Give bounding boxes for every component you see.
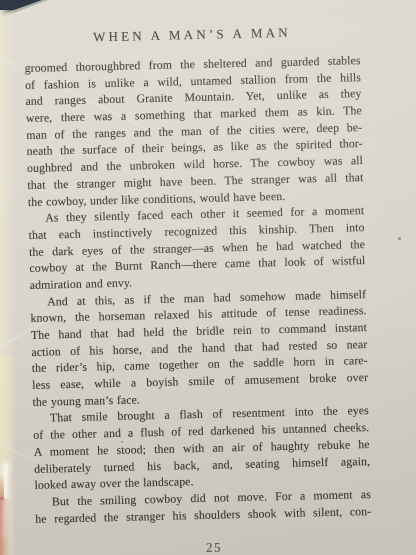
running-header: WHEN A MAN’S A MAN xyxy=(24,22,360,48)
body-text: groomed thoroughbred from the sheltered … xyxy=(25,52,372,527)
page-edge-red-line xyxy=(0,474,4,500)
paper-speck xyxy=(398,237,401,240)
book-page-photo: WHEN A MAN’S A MAN groomed thoroughbred … xyxy=(0,0,416,555)
page-edge-red-tint xyxy=(0,497,11,555)
page-content: WHEN A MAN’S A MAN groomed thoroughbred … xyxy=(24,22,372,555)
paragraph: And at this, as if the man had somehow m… xyxy=(30,286,369,411)
paragraph: That smile brought a flash of resentment… xyxy=(33,402,371,493)
page-number: 25 xyxy=(46,536,382,555)
paragraph: groomed thoroughbred from the sheltered … xyxy=(25,52,364,210)
paragraph: As they silently faced each other it see… xyxy=(28,202,366,293)
paragraph: But the smiling cowboy did not move. For… xyxy=(35,486,372,527)
